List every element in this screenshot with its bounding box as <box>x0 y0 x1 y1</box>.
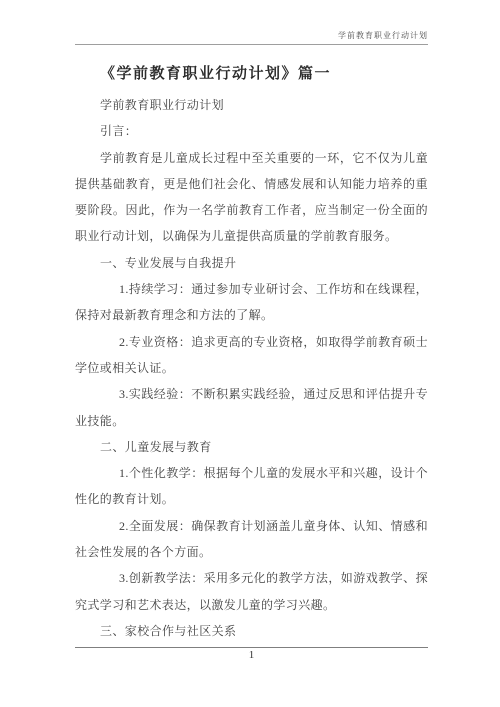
numbered-item: 2.全面发展：确保教育计划涵盖儿童身体、认知、情感和社会性发展的各个方面。 <box>75 513 428 566</box>
header-divider-line <box>75 44 428 45</box>
numbered-item: 3.创新教学法：采用多元化的教学方法，如游戏教学、探究式学习和艺术表达，以激发儿… <box>75 565 428 618</box>
section-heading: 一、专业发展与自我提升 <box>75 250 428 276</box>
document-body: 学前教育职业行动计划 引言： 学前教育是儿童成长过程中至关重要的一环，它不仅为儿… <box>75 92 428 644</box>
page-number: 1 <box>75 649 428 661</box>
section-heading: 二、儿童发展与教育 <box>75 434 428 460</box>
section-heading: 三、家校合作与社区关系 <box>75 618 428 644</box>
numbered-item: 3.实践经验：不断积累实践经验，通过反思和评估提升专业技能。 <box>75 381 428 434</box>
page-header-running-title: 学前教育职业行动计划 <box>338 30 428 41</box>
document-title: 《学前教育职业行动计划》篇一 <box>75 62 428 83</box>
numbered-item: 1.个性化教学：根据每个儿童的发展水平和兴趣，设计个性化的教育计划。 <box>75 460 428 513</box>
paragraph: 学前教育职业行动计划 <box>75 92 428 118</box>
numbered-item: 2.专业资格：追求更高的专业资格，如取得学前教育硕士学位或相关认证。 <box>75 329 428 382</box>
document-page: 学前教育职业行动计划 《学前教育职业行动计划》篇一 学前教育职业行动计划 引言：… <box>0 0 500 707</box>
paragraph: 学前教育是儿童成长过程中至关重要的一环，它不仅为儿童提供基础教育，更是他们社会化… <box>75 145 428 250</box>
paragraph: 引言： <box>75 118 428 144</box>
numbered-item: 1.持续学习：通过参加专业研讨会、工作坊和在线课程，保持对最新教育理念和方法的了… <box>75 276 428 329</box>
footer-divider-line <box>75 647 428 648</box>
